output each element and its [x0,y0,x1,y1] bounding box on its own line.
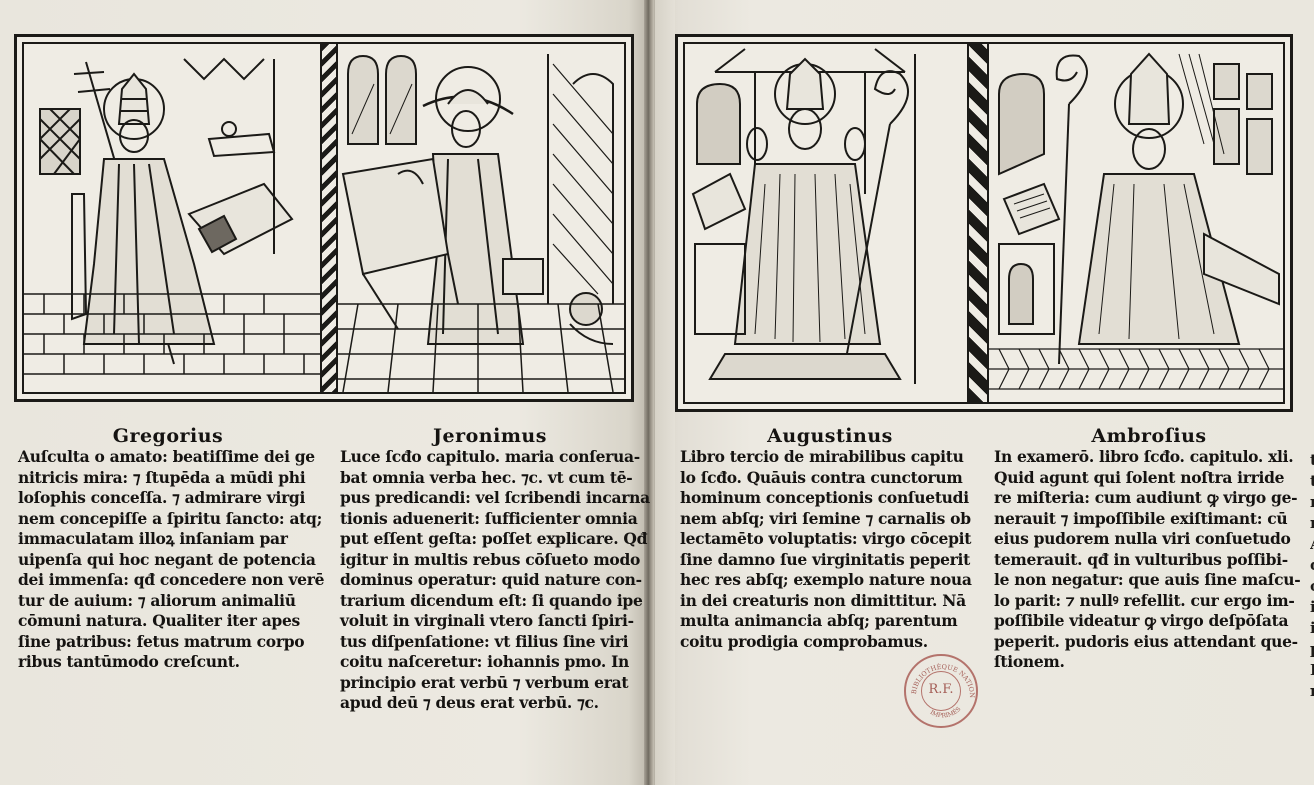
column-title: Jeronimus [340,425,640,447]
text-line: bat omnia verba hec. ⁊c. vt cum tē- [340,468,640,489]
column-ambrosius: Ambroſius In examerō. libro ſcđo. capitu… [994,425,1304,673]
text-line: eius pudorem nulla viri conſuetudo [994,529,1304,550]
woodcut-left [14,34,634,402]
text-line: apud deū ⁊ deus erat verbū. ⁊c. [340,693,640,714]
text-line: multa animancia abſq; parentum [680,611,980,632]
text-line: dei immenſa: qđ concedere non verē [18,570,318,591]
column-text: Auſculta o amato: beatiſſime dei ge nitr… [18,447,318,673]
column-gregorius: Gregorius Auſculta o amato: beatiſſime d… [18,425,318,673]
text-line: le non negatur: que auis ſine maſcu- [994,570,1304,591]
text-line: hominum conceptionis conſuetudi [680,488,980,509]
text-line: coitu naſceretur: iohannis pmo. In [340,652,640,673]
text-line: temerauit. qđ in vulturibus poſſibi- [994,550,1304,571]
text-line: In examerō. libro ſcđo. capitulo. xli. [994,447,1304,468]
stamp-center-text: R.F. [906,682,976,697]
gutter-fragment: on [1310,576,1314,597]
column-title: Augustinus [680,425,980,447]
woodcut-border-right [967,44,989,402]
gutter-fragment: de [1310,555,1314,576]
text-line: lectamēto voluptatis: virgo cōcepit [680,529,980,550]
text-line: hec res abſq; exemplo nature noua [680,570,980,591]
jerome-illustration-icon [338,44,624,392]
book-gutter [644,0,654,785]
gutter-text-fragments: tatōnamaAďdeonipeiripiriInrat [1310,450,1314,702]
text-line: loſophis conceſſa. ⁊ admirare virgi [18,488,318,509]
column-title: Ambroſius [994,425,1304,447]
text-line: Libro tercio de mirabilibus capitu [680,447,980,468]
augustine-illustration-icon [685,44,965,402]
library-stamp: BIBLIOTHÈQUE NATIONALE IMPRIMÉS R.F. [904,654,978,728]
text-line: tur de auium: ⁊ aliorum animaliū [18,591,318,612]
text-line: poſſibile videatur ꝙ virgo deſpōſata [994,611,1304,632]
gutter-fragment: rat [1310,681,1314,702]
page-edge-fragment: tatōnamaAďdeonipeiripiriInrat [654,0,675,785]
text-line: tionis aduenerit: ſufficienter omnia [340,509,640,530]
text-line: nem concepiſſe a ſpiritu ſancto: atq; [18,509,318,530]
text-line: pus predicandi: vel ſcribendi incarna [340,488,640,509]
gutter-fragment: tō [1310,471,1314,492]
gregory-illustration-icon [24,44,320,392]
column-text: In examerō. libro ſcđo. capitulo. xli. Q… [994,447,1304,673]
text-line: in dei creaturis non dimittitur. Nā [680,591,980,612]
text-line: ribus tantūmodo creſcunt. [18,652,318,673]
column-text: Libro tercio de mirabilibus capitu lo ſc… [680,447,980,652]
woodcut-panel-gregorius [24,44,320,392]
column-title: Gregorius [18,425,318,447]
text-line: re miſteria: cum audiunt ꝙ virgo ge- [994,488,1304,509]
woodcut-panel-jeronimus [338,44,624,392]
text-line: tus diſpenſatione: vt filius ſine viri [340,632,640,653]
text-line: dominus operatur: quid nature con- [340,570,640,591]
text-line: principio erat verbū ⁊ verbum erat [340,673,640,694]
gutter-fragment: piri [1310,639,1314,660]
gutter-fragment: ipe [1310,597,1314,618]
text-line: voluit in virginali vtero ſancti ſpiri- [340,611,640,632]
text-line: Luce ſcđo capitulo. maria conſerua- [340,447,640,468]
woodcut-panel-augustinus [685,44,965,402]
text-line: ſtionem. [994,652,1304,673]
text-line: lo ſcđo. Quāuis contra cunctorum [680,468,980,489]
text-line: Quid agunt qui ſolent noſtra irride [994,468,1304,489]
text-line: nitricis mira: ⁊ ſtupēda a mūdi phi [18,468,318,489]
text-line: uipenſa qui hoc negant de potencia [18,550,318,571]
gutter-fragment: ta [1310,450,1314,471]
column-jeronimus: Jeronimus Luce ſcđo capitulo. maria conſ… [340,425,640,714]
text-line: nem abſq; viri ſemine ⁊ carnalis ob [680,509,980,530]
text-line: immaculatam illoꝝ inſaniam par [18,529,318,550]
text-line: ſine damno ſue virginitatis peperit [680,550,980,571]
text-line: Auſculta o amato: beatiſſime dei ge [18,447,318,468]
woodcut-border-left [320,44,338,392]
text-line: cōmuni natura. Qualiter iter apes [18,611,318,632]
woodcut-panel-ambrosius [989,44,1283,402]
column-text: Luce ſcđo capitulo. maria conſerua- bat … [340,447,640,714]
text-line: peperit. pudoris eius attendant que- [994,632,1304,653]
gutter-fragment: iri [1310,618,1314,639]
text-line: trarium dicendum eſt: ſi quando ipe [340,591,640,612]
text-line: igitur in multis rebus cōſueto modo [340,550,640,571]
gutter-fragment: ma [1310,513,1314,534]
text-line: nerauit ⁊ impoſſibile exiſtimant: cū [994,509,1304,530]
column-augustinus: Augustinus Libro tercio de mirabilibus c… [680,425,980,652]
text-line: put eſſent geſta: poſſet explicare. Qđ [340,529,640,550]
text-line: lo parit: ⁊ nullꝰ refellit. cur ergo im- [994,591,1304,612]
text-line: coitu prodigia comprobamus. [680,632,980,653]
woodcut-right [675,34,1293,412]
gutter-fragment: Aď [1310,534,1314,555]
gutter-fragment: na [1310,492,1314,513]
gutter-fragment: In [1310,660,1314,681]
text-line: ſine patribus: fetus matrum corpo [18,632,318,653]
ambrose-illustration-icon [989,44,1283,402]
